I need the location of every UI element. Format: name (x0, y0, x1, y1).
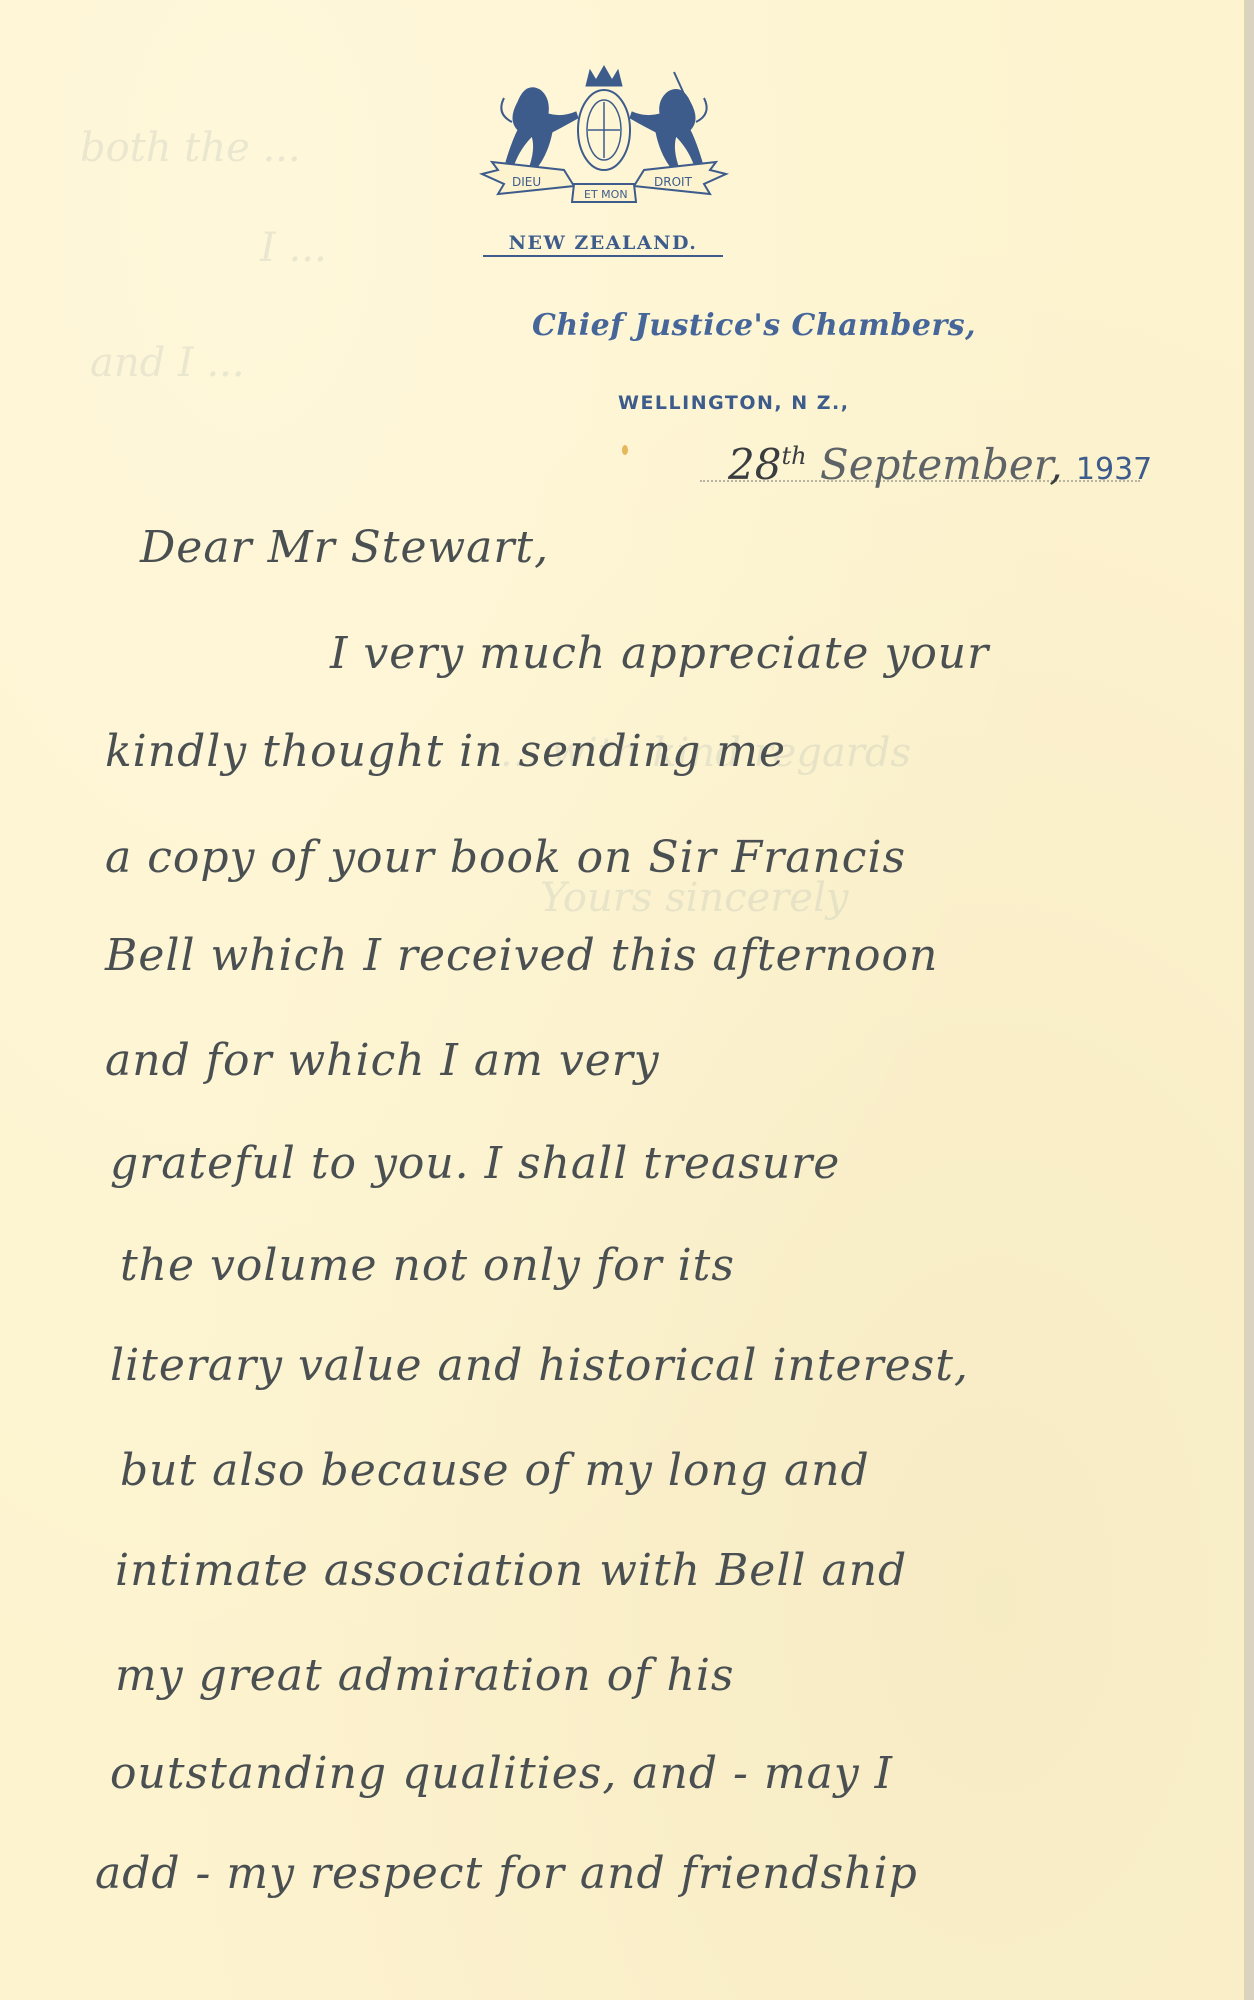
letter-line: I very much appreciate your (330, 628, 989, 679)
letter-line: kindly thought in sending me (105, 726, 786, 777)
date-month: September (820, 440, 1049, 489)
letter-line: intimate association with Bell and (115, 1545, 907, 1596)
letter-line: a copy of your book on Sir Francis (105, 832, 906, 883)
letter-line: grateful to you. I shall treasure (110, 1138, 840, 1189)
royal-coat-of-arms-icon: DIEU DROIT ET MON (478, 62, 730, 212)
paper-stain (622, 445, 628, 455)
motto-center: ET MON (584, 188, 628, 201)
salutation: Dear Mr Stewart, (140, 522, 549, 573)
letter-line: the volume not only for its (120, 1240, 735, 1291)
bleed-through-line: I ... (260, 225, 327, 271)
city-line: WELLINGTON, N Z., (618, 392, 849, 414)
letter-line: add - my respect for and friendship (95, 1848, 918, 1899)
date-day-suffix: th (781, 442, 806, 470)
motto-right: DROIT (654, 175, 693, 189)
letter-page: both the ... I ... and I ... ... with ki… (0, 0, 1245, 2000)
country-heading: NEW ZEALAND. (483, 232, 723, 257)
date-year: 1937 (1076, 452, 1152, 487)
letter-line: Bell which I received this afternoon (105, 930, 938, 981)
letter-line: literary value and historical interest, (110, 1340, 969, 1391)
bleed-through-line: and I ... (90, 340, 245, 386)
bleed-through-line: both the ... (80, 125, 301, 171)
motto-left: DIEU (512, 175, 541, 189)
letter-line: my great admiration of his (115, 1650, 734, 1701)
date-day: 28 (728, 440, 781, 489)
letter-line: but also because of my long and (120, 1445, 870, 1496)
letter-date: 28th September, 1937 (728, 440, 1152, 489)
letter-line: outstanding qualities, and - may I (110, 1748, 893, 1799)
office-heading: Chief Justice's Chambers, (532, 308, 976, 343)
letter-line: and for which I am very (105, 1035, 660, 1086)
